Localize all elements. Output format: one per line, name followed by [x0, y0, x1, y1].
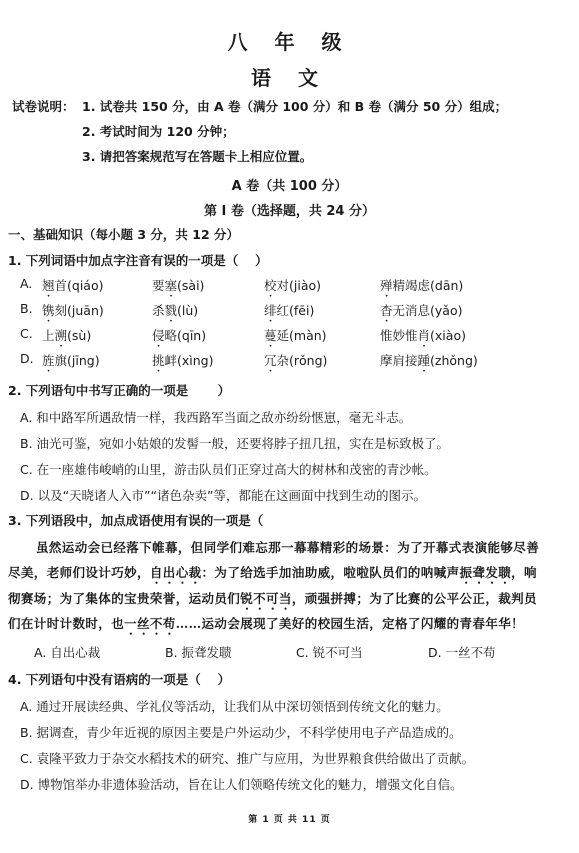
q1-c-word-4: 惟妙惟肖(xiào) [380, 326, 466, 350]
instruction-item-2: 2. 考试时间为 120 分钟； [82, 122, 235, 140]
q1-d-word-4: 摩肩接踵(zhǒng) [380, 351, 478, 375]
q1-option-c-label: C. [20, 326, 33, 341]
q1-d-word-1: 旌旗(jīng) [42, 351, 100, 375]
instruction-item-1: 1. 试卷共 150 分，由 A 卷（满分 100 分）和 B 卷（满分 50 … [82, 97, 507, 115]
q4-option-d: D. 博物馆举办非遗体验活动，旨在让人们领略传统文化的魅力，增强文化自信。 [20, 775, 463, 793]
q1-c-word-1: 上溯(sù) [42, 326, 91, 350]
category-heading: 一、基础知识（每小题 3 分，共 12 分） [8, 225, 239, 243]
q1-d-word-3: 冗杂(rǒng) [264, 351, 327, 375]
q2-option-d: D. 以及“天晓诸人入市”“诸色杂卖”等，都能在这画面中找到生动的图示。 [20, 486, 426, 504]
subject-title: 语 文 [0, 62, 579, 91]
q2-option-a: A. 和中路军所遇敌情一样，我西路军当面之敌亦纷纷惬崽，毫无斗志。 [20, 408, 411, 426]
q1-a-word-4: 殚精竭虑(dān) [380, 276, 463, 300]
q1-c-word-3: 蔓延(màn) [264, 326, 327, 350]
instructions-label: 试卷说明： [12, 97, 75, 115]
q2-option-b: B. 油光可鉴，宛如小姑娘的发髻一般，还要将脖子扭几扭，实在是标致极了。 [20, 434, 449, 452]
q4-option-a: A. 通过开展读经典、学礼仪等活动，让我们从中深切领悟到传统文化的魅力。 [20, 697, 449, 715]
page-number: 第 1 页 共 11 页 [0, 812, 579, 825]
question-1-stem: 1. 下列词语中加点字注音有误的一项是（ ） [8, 251, 268, 269]
q1-c-word-2: 侵略(qīn) [152, 326, 206, 350]
part1-title: 第 I 卷（选择题，共 24 分） [0, 200, 579, 219]
q3-option-d: D. 一丝不苟 [428, 643, 496, 661]
question-2-stem: 2. 下列语句中书写正确的一项是 ） [8, 381, 230, 399]
q4-option-b: B. 据调查，青少年近视的原因主要是户外运动少，不科学使用电子产品造成的。 [20, 723, 462, 741]
q1-a-word-2: 要塞(sài) [152, 276, 204, 300]
q3-passage-line-1: 虽然运动会已经落下帷幕，但同学们难忘那一幕幕精彩的场景：为了开幕式表演能够尽善 [36, 538, 539, 556]
q4-option-c: C. 袁隆平致力于杂交水稻技术的研究、推广与应用，为世界粮食供给做出了贡献。 [20, 749, 474, 767]
q3-passage-line-2: 尽美，老师们设计巧妙，自出心裁：为了给选手加油助威，啦啦队员们的呐喊声振聋发聩，… [8, 563, 537, 587]
q3-option-c: C. 锐不可当 [296, 643, 363, 661]
q1-b-word-2: 杀戮(lù) [152, 301, 198, 325]
section-a-title: A 卷（共 100 分） [0, 175, 579, 194]
q1-b-word-4: 杳无消息(yǎo) [380, 301, 462, 325]
q1-d-word-2: 挑衅(xìng) [152, 351, 214, 375]
q2-option-c: C. 在一座雄伟峻峭的山里，游击队员们正穿过高大的树林和茂密的青沙帐。 [20, 460, 437, 478]
q1-b-word-1: 镌刻(juān) [42, 301, 104, 325]
q3-passage-line-4: 们在计时计数时，也一丝不苟……运动会展现了美好的校园生活，定格了闪耀的青春年华！ [8, 614, 524, 638]
question-3-stem: 3. 下列语段中，加点成语使用有误的一项是（ [8, 511, 263, 529]
grade-title: 八 年 级 [0, 26, 579, 55]
q1-b-word-3: 绯红(fēi) [264, 301, 314, 325]
q3-passage-line-3: 彻赛场；为了集体的宝贵荣誉，运动员们锐不可当，顽强拼搏；为了比赛的公平公正，裁判… [8, 589, 537, 613]
question-4-stem: 4. 下列语句中没有语病的一项是（ ） [8, 670, 230, 688]
q1-a-word-1: 翘首(qiáo) [42, 276, 103, 300]
q1-option-a-label: A. [20, 276, 32, 291]
q1-option-d-label: D. [20, 351, 34, 366]
q3-option-b: B. 振聋发聩 [165, 643, 232, 661]
instruction-item-3: 3. 请把答案规范写在答题卡上相应位置。 [82, 147, 312, 165]
q3-option-a: A. 自出心裁 [34, 643, 100, 661]
q1-a-word-3: 校对(jiào) [264, 276, 321, 300]
q1-option-b-label: B. [20, 301, 33, 316]
